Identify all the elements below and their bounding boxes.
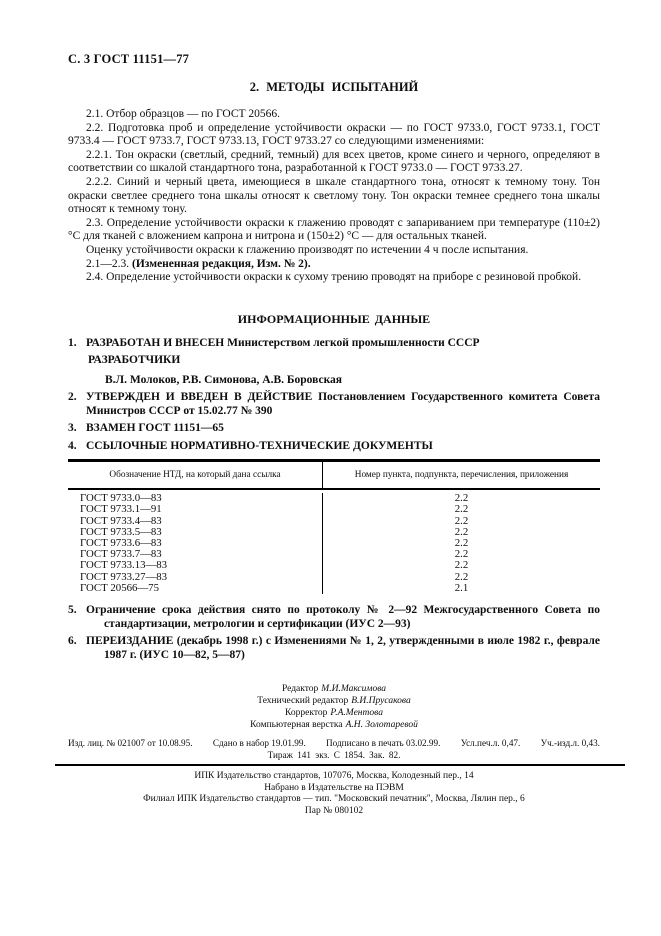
info-item-number: 6. <box>68 635 77 649</box>
credit-label: Редактор <box>282 684 318 694</box>
table-header-reference: Номер пункта, подпункта, перечисления, п… <box>323 462 600 488</box>
credit-label: Компьютерная верстка <box>250 720 342 730</box>
imprint-line-2: Тираж 141 экз. С 1854. Зак. 82. <box>68 750 600 761</box>
info-item-text: ВЗАМЕН ГОСТ 11151—65 <box>68 422 600 436</box>
info-item-text: ССЫЛОЧНЫЕ НОРМАТИВНО-ТЕХНИЧЕСКИЕ ДОКУМЕН… <box>68 440 600 454</box>
paragraph-2-2-1: 2.2.1. Тон окраски (светлый, средний, те… <box>68 149 600 176</box>
info-item-text: УТВЕРЖДЕН И ВВЕДЕН В ДЕЙСТВИЕ Постановле… <box>68 391 600 418</box>
credit-label: Технический редактор <box>257 696 348 706</box>
publisher-block: ИПК Издательство стандартов, 107076, Мос… <box>68 771 600 816</box>
info-item-number: 2. <box>68 391 77 405</box>
paragraph-2-2-2: 2.2.2. Синий и черный цвета, имеющиеся в… <box>68 176 600 217</box>
info-item-number: 3. <box>68 422 77 436</box>
reference-documents-table: Обозначение НТД, на который дана ссылка … <box>68 459 600 594</box>
info-item-1-developers-names: В.Л. Молоков, Р.В. Симонова, А.В. Боровс… <box>68 374 600 388</box>
info-item-text: РАЗРАБОТАН И ВНЕСЕН Министерством легкой… <box>68 337 600 351</box>
info-item-number: 5. <box>68 604 77 618</box>
info-item-number: 1. <box>68 337 77 351</box>
info-data-list: 1. РАЗРАБОТАН И ВНЕСЕН Министерством лег… <box>68 337 600 662</box>
imprint-line-1: Изд. лиц. № 021007 от 10.08.95. Сдано в … <box>68 738 600 749</box>
paragraph-2-1: 2.1. Отбор образцов — по ГОСТ 20566. <box>68 108 600 122</box>
publisher-order-number: Пар № 080102 <box>68 806 600 817</box>
info-item-1-developers-label: РАЗРАБОТЧИКИ <box>68 354 600 368</box>
imprint-publisher-sheets: Уч.-изд.л. 0,43. <box>541 738 600 749</box>
credit-line-proofreader: КорректорР.А.Ментова <box>68 707 600 719</box>
credit-label: Корректор <box>285 708 327 718</box>
credit-name: М.И.Максимова <box>321 684 386 694</box>
info-item-text: Ограничение срока действия снято по прот… <box>68 604 600 631</box>
ref-cell: 2.2 <box>323 560 600 571</box>
ref-cell: 2.1 <box>323 583 600 594</box>
ref-cell: 2.2 <box>323 504 600 515</box>
imprint-license: Изд. лиц. № 021007 от 10.08.95. <box>68 738 193 749</box>
ntd-cell: ГОСТ 9733.13—83 <box>68 560 323 571</box>
table-header-row: Обозначение НТД, на который дана ссылка … <box>68 462 600 490</box>
paragraph-2-4: 2.4. Определение устойчивости окраски к … <box>68 271 600 285</box>
ntd-cell: ГОСТ 9733.1—91 <box>68 504 323 515</box>
info-item-4: 4. ССЫЛОЧНЫЕ НОРМАТИВНО-ТЕХНИЧЕСКИЕ ДОКУ… <box>68 440 600 454</box>
table-header-designation: Обозначение НТД, на который дана ссылка <box>68 462 323 488</box>
colophon-credits: РедакторМ.И.Максимова Технический редакт… <box>68 683 600 731</box>
publisher-branch-line: Филиал ИПК Издательство стандартов — тип… <box>68 794 600 805</box>
info-item-3: 3. ВЗАМЕН ГОСТ 11151—65 <box>68 422 600 436</box>
paragraph-2-2: 2.2. Подготовка проб и определение устой… <box>68 122 600 149</box>
table-row: ГОСТ 20566—75 2.1 <box>68 583 600 594</box>
credit-name: В.И.Прусакова <box>351 696 410 706</box>
paragraph-amendment-note: 2.1—2.3. (Измененная редакция, Изм. № 2)… <box>68 258 600 272</box>
credit-name: А.Н. Золотаревой <box>346 720 418 730</box>
credit-name: Р.А.Ментова <box>330 708 383 718</box>
info-item-2: 2. УТВЕРЖДЕН И ВВЕДЕН В ДЕЙСТВИЕ Постано… <box>68 391 600 418</box>
credit-line-layout: Компьютерная версткаА.Н. Золотаревой <box>68 719 600 731</box>
credit-line-technical-editor: Технический редакторВ.И.Прусакова <box>68 695 600 707</box>
info-item-text: ПЕРЕИЗДАНИЕ (декабрь 1998 г.) с Изменени… <box>68 635 600 662</box>
table-row: ГОСТ 9733.1—91 2.2 <box>68 504 600 515</box>
publisher-address-line: ИПК Издательство стандартов, 107076, Мос… <box>68 771 600 782</box>
info-item-number: 4. <box>68 440 77 454</box>
document-page: С. 3 ГОСТ 11151—77 2. МЕТОДЫ ИСПЫТАНИЙ 2… <box>0 0 661 936</box>
info-item-6: 6. ПЕРЕИЗДАНИЕ (декабрь 1998 г.) с Измен… <box>68 635 600 662</box>
info-item-5: 5. Ограничение срока действия снято по п… <box>68 604 600 631</box>
table-row: ГОСТ 9733.13—83 2.2 <box>68 560 600 571</box>
section-title: 2. МЕТОДЫ ИСПЫТАНИЙ <box>68 80 600 95</box>
imprint-printed-sheets: Усл.печ.л. 0,47. <box>461 738 521 749</box>
amendment-range: 2.1—2.3. <box>86 258 132 270</box>
imprint-block: Изд. лиц. № 021007 от 10.08.95. Сдано в … <box>68 738 600 760</box>
page-header: С. 3 ГОСТ 11151—77 <box>68 52 600 66</box>
publisher-typeset-line: Набрано в Издательстве на ПЭВМ <box>68 783 600 794</box>
amendment-bold-text: (Измененная редакция, Изм. № 2). <box>132 258 311 270</box>
info-item-1: 1. РАЗРАБОТАН И ВНЕСЕН Министерством лег… <box>68 337 600 351</box>
info-data-title: ИНФОРМАЦИОННЫЕ ДАННЫЕ <box>68 312 600 327</box>
section-body: 2.1. Отбор образцов — по ГОСТ 20566. 2.2… <box>68 108 600 285</box>
imprint-print-date: Подписано в печать 03.02.99. <box>326 738 440 749</box>
paragraph-evaluation-note: Оценку устойчивости окраски к глажению п… <box>68 244 600 258</box>
table-body: ГОСТ 9733.0—83 2.2 ГОСТ 9733.1—91 2.2 ГО… <box>68 490 600 594</box>
paragraph-2-3: 2.3. Определение устойчивости окраски к … <box>68 217 600 244</box>
credit-line-editor: РедакторМ.И.Максимова <box>68 683 600 695</box>
divider-rule <box>55 764 625 766</box>
ntd-cell: ГОСТ 20566—75 <box>68 583 323 594</box>
imprint-typeset-date: Сдано в набор 19.01.99. <box>213 738 306 749</box>
